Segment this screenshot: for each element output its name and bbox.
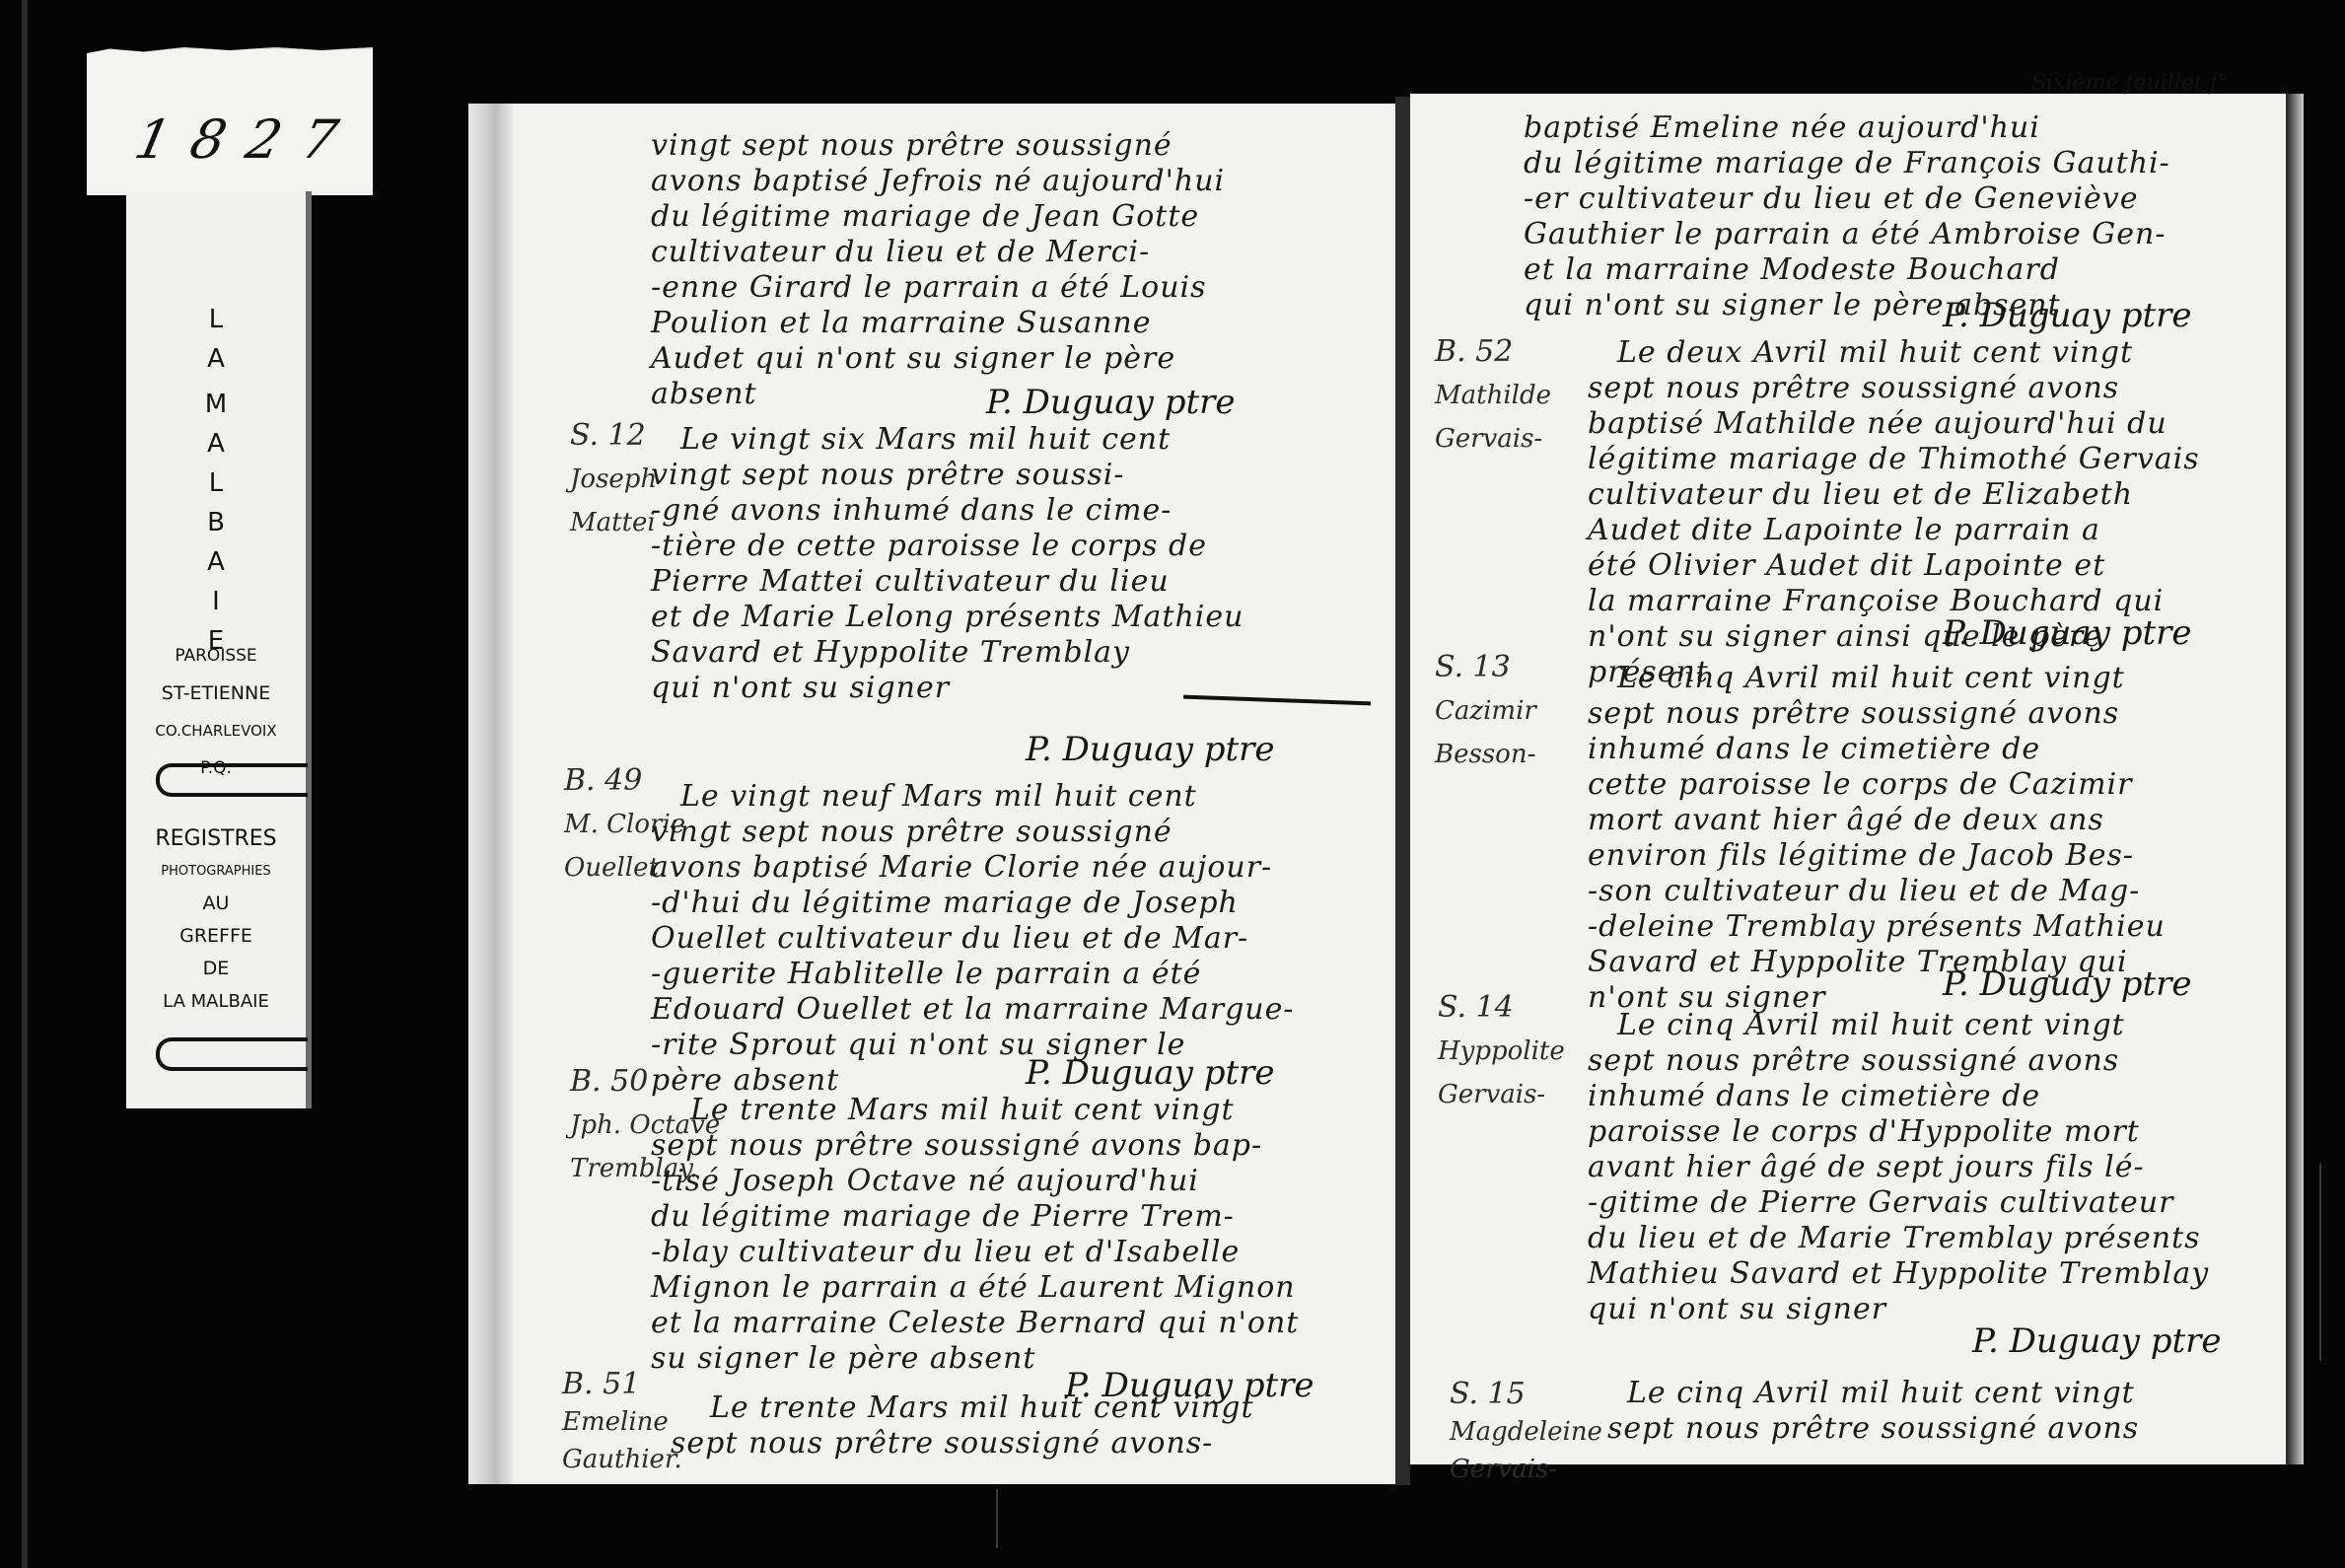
entry-name: Magdeleine <box>1450 1413 1602 1451</box>
entry-name: Gervais- <box>1450 1451 1602 1488</box>
strip-letter: A <box>126 424 306 463</box>
body-line: Mathieu Savard et Hyppolite Tremblay <box>1588 1256 2209 1292</box>
archive-label-strip: L A M A L B A I E PAROISSE ST-ETIENNE CO… <box>126 191 312 1108</box>
body-line: environ fils légitime de Jacob Bes- <box>1588 838 2166 874</box>
body-line: avant hier âgé de sept jours fils lé- <box>1588 1150 2209 1185</box>
archive-line: DE <box>126 953 306 985</box>
priest-signature: P. Duguay ptre <box>1943 613 2192 653</box>
archive-info: REGISTRES PHOTOGRAPHIES AU GREFFE DE LA … <box>126 822 306 1018</box>
body-line: Le cinq Avril mil huit cent vingt <box>1617 1008 2238 1043</box>
entry-number: S. 12 <box>570 414 657 458</box>
strip-letter: L <box>126 463 306 503</box>
body-line: mort avant hier âgé de deux ans <box>1588 803 2166 838</box>
body-line: Le cinq Avril mil huit cent vingt <box>1617 661 2195 696</box>
body-line: sept nous prêtre soussigné avons <box>1588 696 2166 732</box>
register-entry-body: Le cinq Avril mil huit cent vingt sept n… <box>1588 661 2166 1016</box>
body-line: sept nous prêtre soussigné avons bap- <box>651 1128 1299 1164</box>
right-continuation: baptisé Emeline née aujourd'hui du légit… <box>1524 110 2170 323</box>
parish-line: PAROISSE <box>126 637 306 675</box>
film-scratch <box>2319 1164 2321 1361</box>
entry-name: Besson- <box>1435 733 1536 776</box>
body-line: paroisse le corps d'Hyppolite mort <box>1588 1114 2209 1150</box>
body-line: cultivateur du lieu et de Elizabeth <box>1588 477 2200 513</box>
year-tag-text: 1827 <box>129 108 365 171</box>
body-line: Poulion et la marraine Susanne <box>651 306 1225 341</box>
page-stack-edge <box>468 104 513 1484</box>
body-line: du légitime mariage de Jean Gotte <box>651 199 1225 235</box>
register-entry-body: Le vingt neuf Mars mil huit cent vingt s… <box>680 779 1324 1099</box>
body-line: sept nous prêtre soussigné avons <box>1607 1411 2139 1447</box>
strip-letter: M <box>126 385 306 424</box>
body-line: baptisé Emeline née aujourd'hui <box>1524 110 2170 146</box>
entry-name: Hyppolite <box>1438 1030 1565 1073</box>
register-entry-body: Le trente Mars mil huit cent vingt sept … <box>710 1390 1254 1461</box>
body-line: -d'hui du légitime mariage de Joseph <box>651 886 1295 921</box>
priest-signature: P. Duguay ptre <box>1026 730 1275 769</box>
body-line: -guerite Hablitelle le parrain a été <box>651 957 1295 992</box>
priest-signature: P. Duguay ptre <box>1972 1321 2222 1361</box>
body-line: -gné avons inhumé dans le cime- <box>651 493 1244 529</box>
strip-letter: B <box>126 503 306 542</box>
parish-name-vertical: L A M A L B A I E <box>126 300 306 661</box>
body-line: -tière de cette paroisse le corps de <box>651 529 1244 564</box>
folio-header: Sixième feuillet f° <box>2031 71 2229 96</box>
body-line: vingt sept nous prêtre soussigné <box>651 815 1295 850</box>
body-line: Le cinq Avril mil huit cent vingt <box>1627 1376 2159 1411</box>
body-line: du légitime mariage de Pierre Trem- <box>651 1199 1299 1235</box>
priest-signature: P. Duguay ptre <box>1026 1053 1275 1093</box>
strip-letter: A <box>126 542 306 582</box>
register-entry-body: Le cinq Avril mil huit cent vingt sept n… <box>1607 1376 2139 1447</box>
paperclip-icon <box>156 763 308 797</box>
body-line: qui n'ont su signer <box>651 671 1244 706</box>
body-line: -blay cultivateur du lieu et d'Isabelle <box>651 1235 1299 1270</box>
body-line: cultivateur du lieu et de Merci- <box>651 235 1225 270</box>
archive-line: PHOTOGRAPHIES <box>126 855 306 888</box>
body-line: inhumé dans le cimetière de <box>1588 1079 2209 1114</box>
body-line: Ouellet cultivateur du lieu et de Mar- <box>651 921 1295 957</box>
body-line: Savard et Hyppolite Tremblay <box>651 635 1244 671</box>
margin-entry: S. 12 Joseph Mattei <box>570 414 657 544</box>
body-line: et de Marie Lelong présents Mathieu <box>651 600 1244 635</box>
body-line: cette paroisse le corps de Cazimir <box>1588 767 2166 803</box>
body-line: sept nous prêtre soussigné avons <box>1588 371 2200 406</box>
register-entry-body: Le cinq Avril mil huit cent vingt sept n… <box>1588 1008 2209 1327</box>
body-line: -son cultivateur du lieu et de Mag- <box>1588 874 2166 909</box>
body-line: et la marraine Celeste Bernard qui n'ont <box>651 1306 1299 1341</box>
body-line: Le vingt six Mars mil huit cent <box>680 422 1273 458</box>
body-line: sept nous prêtre soussigné avons- <box>671 1426 1215 1461</box>
archive-line: GREFFE <box>126 920 306 953</box>
parish-line: CO.CHARLEVOIX <box>126 712 306 749</box>
margin-entry: S. 13 Cazimir Besson- <box>1435 646 1536 776</box>
strip-letter: I <box>126 582 306 621</box>
body-line: Le vingt neuf Mars mil huit cent <box>680 779 1324 815</box>
margin-entry: B. 52 Mathilde Gervais- <box>1435 330 1551 461</box>
film-scratch <box>22 0 28 1568</box>
margin-entry: S. 14 Hyppolite Gervais- <box>1438 986 1565 1116</box>
parish-line: ST-ETIENNE <box>126 675 306 712</box>
year-tag: 1827 <box>87 47 373 195</box>
entry-number: B. 51 <box>562 1366 682 1403</box>
body-line: légitime mariage de Thimothé Gervais <box>1588 442 2200 477</box>
body-line: avons baptisé Marie Clorie née aujour- <box>651 850 1295 886</box>
strip-letter: L <box>126 300 306 339</box>
entry-name: Mattei <box>570 501 657 544</box>
body-line: et la marraine Modeste Bouchard <box>1524 252 2170 288</box>
body-line: -deleine Tremblay présents Mathieu <box>1588 909 2166 945</box>
entry-number: S. 13 <box>1435 646 1536 689</box>
entry-name: Gervais- <box>1438 1073 1565 1116</box>
body-line: sept nous prêtre soussigné avons <box>1588 1043 2209 1079</box>
archive-line: AU <box>126 888 306 920</box>
entry-number: B. 49 <box>564 759 685 803</box>
film-scratch <box>996 1489 998 1548</box>
body-line: -gitime de Pierre Gervais cultivateur <box>1588 1185 2209 1221</box>
body-line: Le trente Mars mil huit cent vingt <box>690 1093 1338 1128</box>
margin-entry: S. 15 Magdeleine Gervais- <box>1450 1376 1602 1488</box>
body-line: baptisé Mathilde née aujourd'hui du <box>1588 406 2200 442</box>
body-line: été Olivier Audet dit Lapointe et <box>1588 548 2200 584</box>
page-stack-edge-right <box>2286 94 2304 1464</box>
body-line: Pierre Mattei cultivateur du lieu <box>651 564 1244 600</box>
body-line: vingt sept nous prêtre soussigné <box>651 128 1225 164</box>
priest-signature: P. Duguay ptre <box>1943 296 2192 335</box>
entry-number: S. 15 <box>1450 1376 1602 1413</box>
body-line: Le trente Mars mil huit cent vingt <box>710 1390 1254 1426</box>
entry-name: Joseph <box>570 458 657 501</box>
body-line: vingt sept nous prêtre soussi- <box>651 458 1244 493</box>
body-line: -enne Girard le parrain a été Louis <box>651 270 1225 306</box>
entry-number: B. 52 <box>1435 330 1551 374</box>
entry-number: S. 14 <box>1438 986 1565 1030</box>
archive-line: REGISTRES <box>126 822 306 855</box>
register-entry-body: Le vingt six Mars mil huit cent vingt se… <box>680 422 1273 706</box>
body-line: Mignon le parrain a été Laurent Mignon <box>651 1270 1299 1306</box>
register-entry-body: Le trente Mars mil huit cent vingt sept … <box>690 1093 1338 1377</box>
margin-entry: B. 51 Emeline Gauthier. <box>562 1366 682 1478</box>
body-line: -er cultivateur du lieu et de Geneviève <box>1524 181 2170 217</box>
body-line: inhumé dans le cimetière de <box>1588 732 2166 767</box>
entry-name: Gervais- <box>1435 417 1551 461</box>
body-line: du légitime mariage de François Gauthi- <box>1524 146 2170 181</box>
book-gutter <box>1395 97 1410 1485</box>
archive-line: LA MALBAIE <box>126 985 306 1018</box>
body-line: Audet qui n'ont su signer le père <box>651 341 1225 377</box>
body-line: Audet dite Lapointe le parrain a <box>1588 513 2200 548</box>
body-line: Edouard Ouellet et la marraine Margue- <box>651 992 1295 1028</box>
priest-signature: P. Duguay ptre <box>1943 964 2192 1004</box>
body-line: -tisé Joseph Octave né aujourd'hui <box>651 1164 1299 1199</box>
left-continuation: vingt sept nous prêtre soussigné avons b… <box>651 128 1225 412</box>
body-line: Le deux Avril mil huit cent vingt <box>1617 335 2230 371</box>
paperclip-icon <box>156 1037 308 1071</box>
entry-name: Mathilde <box>1435 374 1551 417</box>
body-line: avons baptisé Jefrois né aujourd'hui <box>651 164 1225 199</box>
body-line: Gauthier le parrain a été Ambroise Gen- <box>1524 217 2170 252</box>
entry-name: Emeline <box>562 1403 682 1441</box>
entry-name: Cazimir <box>1435 689 1536 733</box>
strip-letter: A <box>126 339 306 379</box>
body-line: du lieu et de Marie Tremblay présents <box>1588 1221 2209 1256</box>
priest-signature: P. Duguay ptre <box>986 383 1236 422</box>
entry-name: Gauthier. <box>562 1441 682 1478</box>
